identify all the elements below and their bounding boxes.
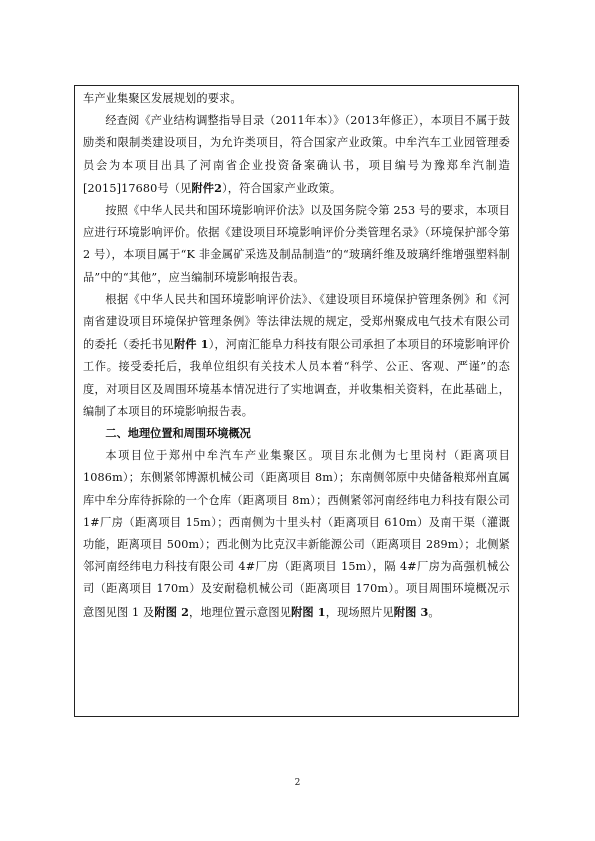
attachment-reference: 附件2 [191, 181, 222, 195]
paragraph-text: ，地理位置示意图见 [189, 606, 291, 619]
section-heading: 二、地理位置和周围环境概况 [83, 423, 510, 445]
paragraph-text: ，现场照片见 [326, 606, 394, 619]
content-frame: 车产业集聚区发展规划的要求。 经查阅《产业结构调整指导目录（2011年本）》（2… [74, 85, 519, 717]
figure-reference: 附图 2 [154, 605, 189, 619]
paragraph-location: 本项目位于郑州中牟汽车产业集聚区。项目东北侧为七里岗村（距离项目1086m）；东… [83, 445, 510, 624]
paragraph-text: 按照《中华人民共和国环境影响评价法》以及国务院令第 253 号的要求，本项目应进… [83, 204, 510, 284]
paragraph-text: 车产业集聚区发展规划的要求。 [83, 92, 242, 105]
figure-reference: 附图 1 [291, 605, 326, 619]
attachment-reference: 附件 1 [174, 337, 209, 351]
page-number: 2 [0, 778, 595, 788]
paragraph-text: 。 [428, 606, 439, 619]
paragraph-text: ），符合国家产业政策。 [222, 182, 341, 195]
paragraph-eia-requirement: 按照《中华人民共和国环境影响评价法》以及国务院令第 253 号的要求，本项目应进… [83, 200, 510, 289]
paragraph-industrial-policy: 经查阅《产业结构调整指导目录（2011年本）》（2013年修正），本项目不属于鼓… [83, 110, 510, 200]
paragraph-text: 本项目位于郑州中牟汽车产业集聚区。项目东北侧为七里岗村（距离项目1086m）；东… [83, 449, 510, 618]
figure-reference: 附图 3 [394, 605, 429, 619]
paragraph-commission: 根据《中华人民共和国环境影响评价法》、《建设项目环境保护管理条例》和《河南省建设… [83, 289, 510, 423]
paragraph-intro-continuation: 车产业集聚区发展规划的要求。 [83, 88, 510, 110]
